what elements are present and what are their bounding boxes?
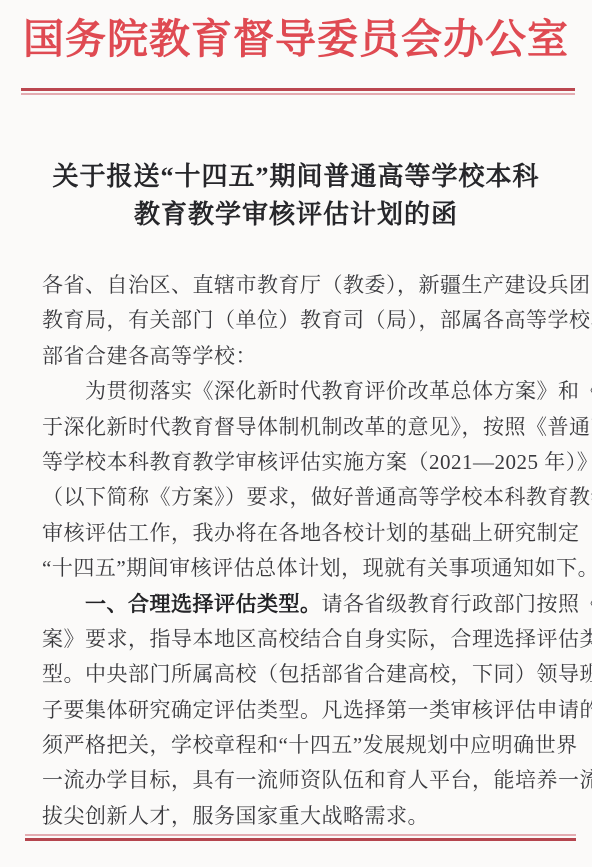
- document-body: 各省、自治区、直辖市教育厅（教委），新疆生产建设兵团教育局，有关部门（单位）教育…: [42, 268, 567, 834]
- letterhead-double-rule: [21, 88, 575, 95]
- body-line: 于深化新时代教育督导体制机制改革的意见》，按照《普通高: [42, 410, 567, 445]
- body-line: 子要集体研究确定评估类型。凡选择第一类审核评估申请的: [42, 693, 567, 728]
- body-line: （以下简称《方案》）要求，做好普通高等学校本科教育教学: [42, 480, 567, 515]
- body-line: 审核评估工作，我办将在各地各校计划的基础上研究制定: [42, 516, 567, 551]
- footer-double-rule: [25, 834, 576, 841]
- body-line: 为贯彻落实《深化新时代教育评价改革总体方案》和《关: [42, 374, 567, 409]
- body-line: 拔尖创新人才，服务国家重大战略需求。: [42, 799, 567, 834]
- document-page: 国务院教育督导委员会办公室 关于报送“十四五”期间普通高等学校本科 教育教学审核…: [0, 0, 592, 867]
- document-title-line2: 教育教学审核评估计划的函: [0, 196, 592, 234]
- letterhead-org-name: 国务院教育督导委员会办公室: [0, 9, 592, 69]
- rule-thin-line: [21, 93, 575, 95]
- rule-thick-line: [25, 838, 576, 841]
- body-line: 须严格把关，学校章程和“十四五”发展规划中应明确世界: [42, 728, 567, 763]
- body-line: 部省合建各高等学校：: [42, 339, 567, 374]
- body-line: 一流办学目标，具有一流师资队伍和育人平台，能培养一流: [42, 763, 567, 798]
- body-line: “十四五”期间审核评估总体计划，现就有关事项通知如下。: [42, 551, 567, 586]
- body-line: 型。中央部门所属高校（包括部省合建高校，下同）领导班: [42, 657, 567, 692]
- body-line: 一、合理选择评估类型。请各省级教育行政部门按照《方: [42, 587, 567, 622]
- body-line: 等学校本科教育教学审核评估实施方案（2021—2025 年）》: [42, 445, 567, 480]
- section-heading: 一、合理选择评估类型。: [85, 593, 322, 616]
- body-line: 案》要求，指导本地区高校结合自身实际，合理选择评估类: [42, 622, 567, 657]
- body-line: 教育局，有关部门（单位）教育司（局），部属各高等学校、: [42, 303, 567, 338]
- body-line: 各省、自治区、直辖市教育厅（教委），新疆生产建设兵团: [42, 268, 567, 303]
- document-title: 关于报送“十四五”期间普通高等学校本科 教育教学审核评估计划的函: [0, 158, 592, 234]
- document-title-line1: 关于报送“十四五”期间普通高等学校本科: [0, 158, 592, 196]
